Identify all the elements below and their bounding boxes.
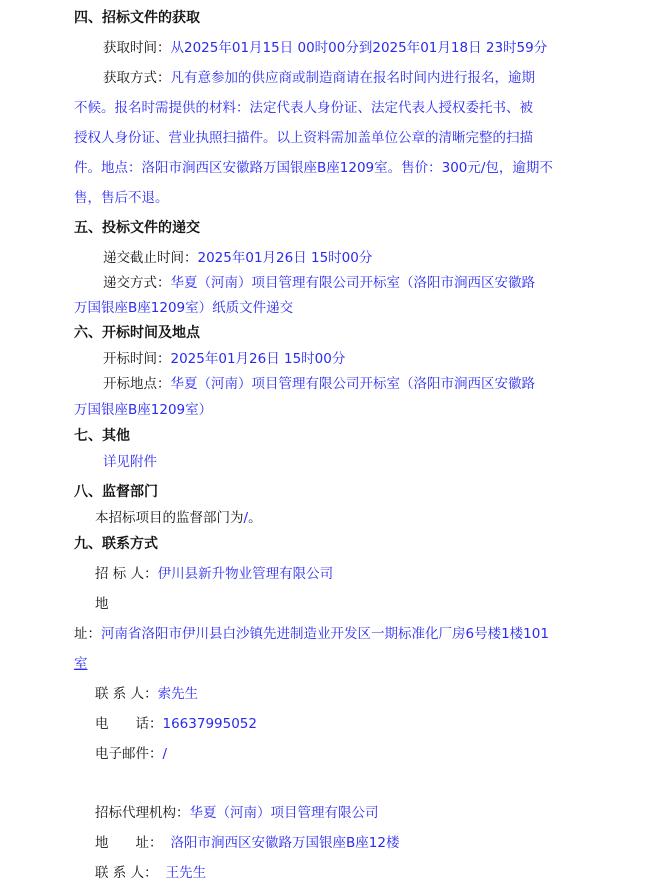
- opening-place-line: 华夏（河南）项目管理有限公司开标室（洛阳市涧西区安徽路: [171, 376, 536, 392]
- address-value: 河南省洛阳市伊川县白沙镇先进制造业开发区一期标准化厂房6号楼1楼101: [101, 626, 549, 642]
- agency-address-label: 地 址：: [95, 835, 163, 851]
- opening-time-label: 开标时间：: [103, 351, 171, 367]
- address-row: 址：河南省洛阳市伊川县白沙镇先进制造业开发区一期标准化厂房6号楼1楼101: [74, 624, 549, 644]
- acquisition-time-row: 获取时间：从2025年01月15日 00时00分到2025年01月18日 23时…: [103, 38, 547, 58]
- opening-place-label: 开标地点：: [103, 376, 171, 392]
- acquisition-method-line: 不候。报名时需提供的材料：法定代表人身份证、法定代表人授权委托书、被: [74, 98, 533, 118]
- submission-method-line: 华夏（河南）项目管理有限公司开标室（洛阳市涧西区安徽路: [171, 275, 536, 291]
- agency-value: 华夏（河南）项目管理有限公司: [190, 805, 379, 821]
- opening-place-row: 开标地点：华夏（河南）项目管理有限公司开标室（洛阳市涧西区安徽路: [103, 374, 535, 394]
- acquisition-method-line: 件。地点：洛阳市涧西区安徽路万国银座B座1209室。售价：300元/包，逾期不: [74, 158, 553, 178]
- submission-method-row: 递交方式：华夏（河南）项目管理有限公司开标室（洛阳市涧西区安徽路: [103, 273, 535, 293]
- acquisition-method-row: 获取方式：凡有意参加的供应商或制造商请在报名时间内进行报名，逾期: [103, 68, 535, 88]
- supervision-row: 本招标项目的监督部门为/。: [95, 508, 262, 528]
- address-value-continued: 室: [74, 654, 88, 674]
- opening-time-row: 开标时间：2025年01月26日 15时00分: [103, 349, 345, 369]
- agency-address-row: 地 址：洛阳市涧西区安徽路万国银座B座12楼: [95, 833, 399, 853]
- tenderer-label: 招 标 人：: [95, 566, 158, 582]
- acquisition-time-value: 从2025年01月15日 00时00分到2025年01月18日 23时59分: [171, 40, 548, 56]
- email-value: /: [163, 746, 168, 762]
- acquisition-method-line: 售，售后不退。: [74, 188, 169, 208]
- section-5-heading: 五、投标文件的递交: [74, 218, 200, 238]
- section-8-heading: 八、监督部门: [74, 482, 158, 502]
- submission-deadline-value: 2025年01月26日 15时00分: [198, 250, 373, 266]
- agency-contact-label: 联 系 人：: [95, 865, 158, 881]
- address-label-part2: 址：: [74, 626, 101, 642]
- phone-value: 16637995052: [163, 716, 257, 732]
- email-row: 电子邮件：/: [95, 744, 167, 764]
- email-label: 电子邮件：: [95, 746, 163, 762]
- submission-deadline-row: 递交截止时间：2025年01月26日 15时00分: [103, 248, 372, 268]
- submission-method-line: 万国银座B座1209室）纸质文件递交: [74, 298, 293, 318]
- agency-contact-value: 王先生: [166, 865, 207, 881]
- tenderer-row: 招 标 人：伊川县新升物业管理有限公司: [95, 564, 333, 584]
- acquisition-method-line: 凡有意参加的供应商或制造商请在报名时间内进行报名，逾期: [171, 70, 536, 86]
- acquisition-method-line: 授权人身份证、营业执照扫描件。以上资料需加盖单位公章的清晰完整的扫描: [74, 128, 533, 148]
- agency-address-value: 洛阳市涧西区安徽路万国银座B座12楼: [171, 835, 400, 851]
- section-6-heading: 六、开标时间及地点: [74, 323, 200, 343]
- agency-label: 招标代理机构：: [95, 805, 190, 821]
- agency-row: 招标代理机构：华夏（河南）项目管理有限公司: [95, 803, 379, 823]
- tenderer-value: 伊川县新升物业管理有限公司: [158, 566, 334, 582]
- acquisition-time-label: 获取时间：: [103, 40, 171, 56]
- phone-label: 电 话：: [95, 716, 163, 732]
- supervision-suffix: 。: [248, 510, 262, 526]
- submission-deadline-label: 递交截止时间：: [103, 250, 198, 266]
- contact-row: 联 系 人：索先生: [95, 684, 198, 704]
- section-4-heading: 四、招标文件的获取: [74, 8, 200, 28]
- acquisition-method-label: 获取方式：: [103, 70, 171, 86]
- agency-contact-row: 联 系 人：王先生: [95, 863, 206, 883]
- submission-method-label: 递交方式：: [103, 275, 171, 291]
- supervision-prefix: 本招标项目的监督部门为: [95, 510, 244, 526]
- section-9-heading: 九、联系方式: [74, 534, 158, 554]
- opening-time-value: 2025年01月26日 15时00分: [171, 351, 346, 367]
- other-content: 详见附件: [103, 452, 157, 472]
- contact-value: 索先生: [158, 686, 199, 702]
- opening-place-line: 万国银座B座1209室）: [74, 400, 212, 420]
- contact-label: 联 系 人：: [95, 686, 158, 702]
- phone-row: 电 话：16637995052: [95, 714, 257, 734]
- address-label-part1: 地: [95, 594, 109, 614]
- section-7-heading: 七、其他: [74, 426, 130, 446]
